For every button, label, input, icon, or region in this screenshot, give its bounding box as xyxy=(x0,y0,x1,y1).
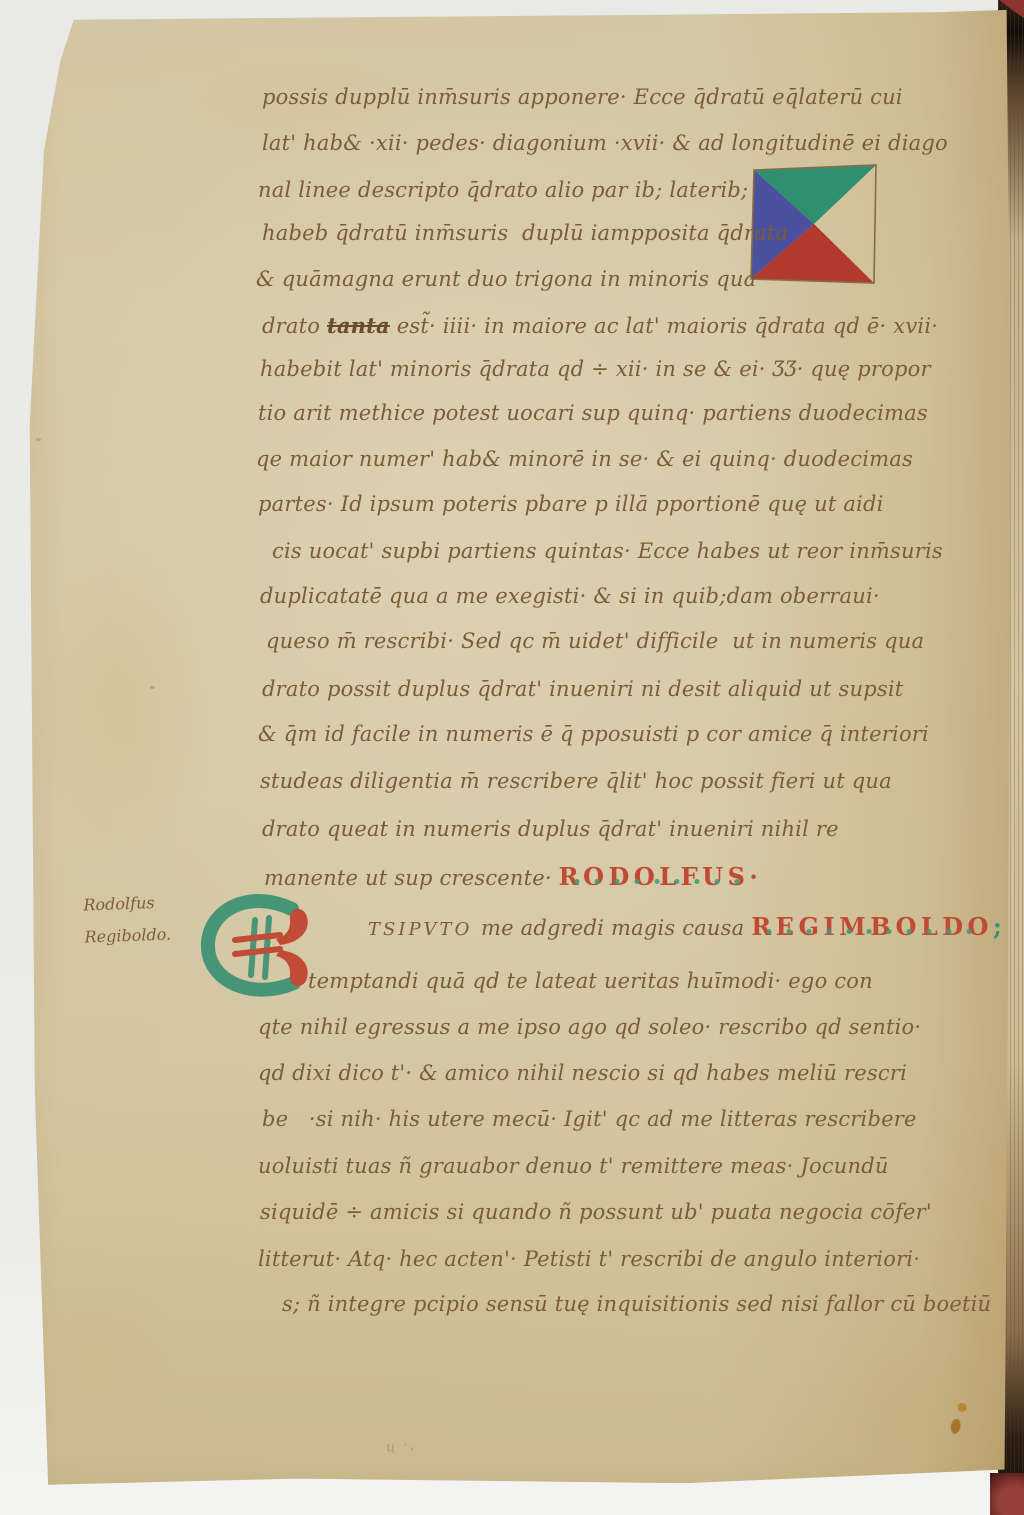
text-line: cis uocat' supbi partiens quintas· Ecce … xyxy=(272,536,943,566)
text-segment: duplicatatē qua a me exegisti· & si in q… xyxy=(260,584,880,608)
text-line: habeb q̄dratū inm̄suris duplū iampposita… xyxy=(262,218,788,248)
text-line: temptandi quā qd te lateat ueritas huīmo… xyxy=(308,966,873,996)
rubricated-name: RODOLFUS· xyxy=(559,862,763,891)
text-segment: queso m̄ rescribi· Sed qc m̄ uidet' diff… xyxy=(266,629,924,653)
pen-trial-mark: ų ·, xyxy=(385,1436,417,1455)
text-line: studeas diligentia m̄ rescribere q̄lit' … xyxy=(260,766,892,796)
text-line: s; ñ integre pcipio sensū tuę inquisitio… xyxy=(282,1289,991,1319)
text-segment: qte nihil egressus a me ipso ago qd sole… xyxy=(258,1015,921,1039)
text-segment: tio arit methice potest uocari sup quinq… xyxy=(258,401,928,425)
text-segment: ; xyxy=(993,912,1002,941)
text-segment: manente ut sup crescente· xyxy=(264,866,559,890)
text-segment: be ·si nih· his utere mecū· Igit' qc ad … xyxy=(262,1107,917,1131)
text-line: queso m̄ rescribi· Sed qc m̄ uidet' diff… xyxy=(266,626,924,656)
text-line: possis dupplū inm̄suris apponere· Ecce q… xyxy=(262,82,903,112)
text-line: duplicatatē qua a me exegisti· & si in q… xyxy=(260,581,880,611)
text-segment: drato possit duplus q̄drat' inueniri ni … xyxy=(262,677,903,701)
parchment-leaf: Rodolfus Regiboldo. possis dupplū inm̄su… xyxy=(0,0,1024,1515)
text-segment: possis dupplū inm̄suris apponere· Ecce q… xyxy=(262,85,903,109)
text-block: possis dupplū inm̄suris apponere· Ecce q… xyxy=(0,0,1024,1515)
text-segment: uoluisti tuas ñ grauabor denuo t' remitt… xyxy=(258,1154,889,1178)
text-line: partes· Id ipsum poteris pbare p illā pp… xyxy=(258,489,884,519)
text-line: drato queat in numeris duplus q̄drat' in… xyxy=(262,814,839,844)
text-segment: siquidē ÷ amicis si quando ñ possunt ub'… xyxy=(260,1200,932,1224)
text-segment: & quāmagna erunt duo trigona in minoris … xyxy=(256,267,756,291)
text-segment: nal linee descripto q̄drato alio par ib;… xyxy=(258,178,748,202)
text-line: drato possit duplus q̄drat' inueniri ni … xyxy=(262,674,903,704)
text-line: be ·si nih· his utere mecū· Igit' qc ad … xyxy=(262,1104,917,1134)
text-segment: cis uocat' supbi partiens quintas· Ecce … xyxy=(272,539,943,563)
text-line: & quāmagna erunt duo trigona in minoris … xyxy=(256,264,756,294)
binding-red-bottom-corner xyxy=(990,1473,1024,1515)
text-segment: qe maior numer' hab& minorē in se· & ei … xyxy=(256,447,913,471)
text-segment: lat' hab& ·xii· pedes· diagonium ·xvii· … xyxy=(262,131,948,155)
text-line: lat' hab& ·xii· pedes· diagonium ·xvii· … xyxy=(262,128,948,158)
text-segment: TSIPVTO xyxy=(368,919,481,940)
text-segment: s; ñ integre pcipio sensū tuę inquisitio… xyxy=(282,1292,991,1316)
text-segment: habebit lat' minoris q̄drata qd ÷ xii· i… xyxy=(260,357,931,381)
text-line: drato tanta est̃· iiii· in maiore ac lat… xyxy=(262,311,938,341)
text-line: litterut· Atq· hec acten'· Petisti t' re… xyxy=(258,1244,920,1274)
text-line: manente ut sup crescente· RODOLFUS· xyxy=(264,862,762,893)
text-line: TSIPVTO me adgredi magis causa REGIMBOLD… xyxy=(368,912,1002,945)
text-segment: drato xyxy=(262,314,327,338)
text-line: tio arit methice potest uocari sup quinq… xyxy=(258,398,928,428)
rubricated-name: REGIMBOLDO xyxy=(751,912,993,941)
text-line: habebit lat' minoris q̄drata qd ÷ xii· i… xyxy=(260,354,931,384)
text-segment: partes· Id ipsum poteris pbare p illā pp… xyxy=(258,492,884,516)
text-segment: studeas diligentia m̄ rescribere q̄lit' … xyxy=(260,769,892,793)
text-line: nal linee descripto q̄drato alio par ib;… xyxy=(258,175,748,205)
text-segment: & q̄m id facile in numeris ē q̄ pposuist… xyxy=(258,722,929,746)
text-segment: litterut· Atq· hec acten'· Petisti t' re… xyxy=(258,1247,920,1271)
text-segment: habeb q̄dratū inm̄suris duplū iampposita… xyxy=(262,221,788,245)
text-segment: drato queat in numeris duplus q̄drat' in… xyxy=(262,817,839,841)
text-segment: qd dixi dico t'· & amico nihil nescio si… xyxy=(258,1061,907,1085)
text-segment: tanta xyxy=(327,313,390,338)
text-line: qe maior numer' hab& minorē in se· & ei … xyxy=(256,444,913,474)
text-line: siquidē ÷ amicis si quando ñ possunt ub'… xyxy=(260,1197,932,1227)
text-line: qte nihil egressus a me ipso ago qd sole… xyxy=(258,1012,921,1042)
text-segment: est̃· iiii· in maiore ac lat' maioris q̄… xyxy=(390,314,938,338)
text-segment: temptandi quā qd te lateat ueritas huīmo… xyxy=(308,969,873,993)
text-line: qd dixi dico t'· & amico nihil nescio si… xyxy=(258,1058,907,1088)
text-line: & q̄m id facile in numeris ē q̄ pposuist… xyxy=(258,719,929,749)
text-segment: me adgredi magis causa xyxy=(481,916,751,940)
text-line: uoluisti tuas ñ grauabor denuo t' remitt… xyxy=(258,1151,889,1181)
